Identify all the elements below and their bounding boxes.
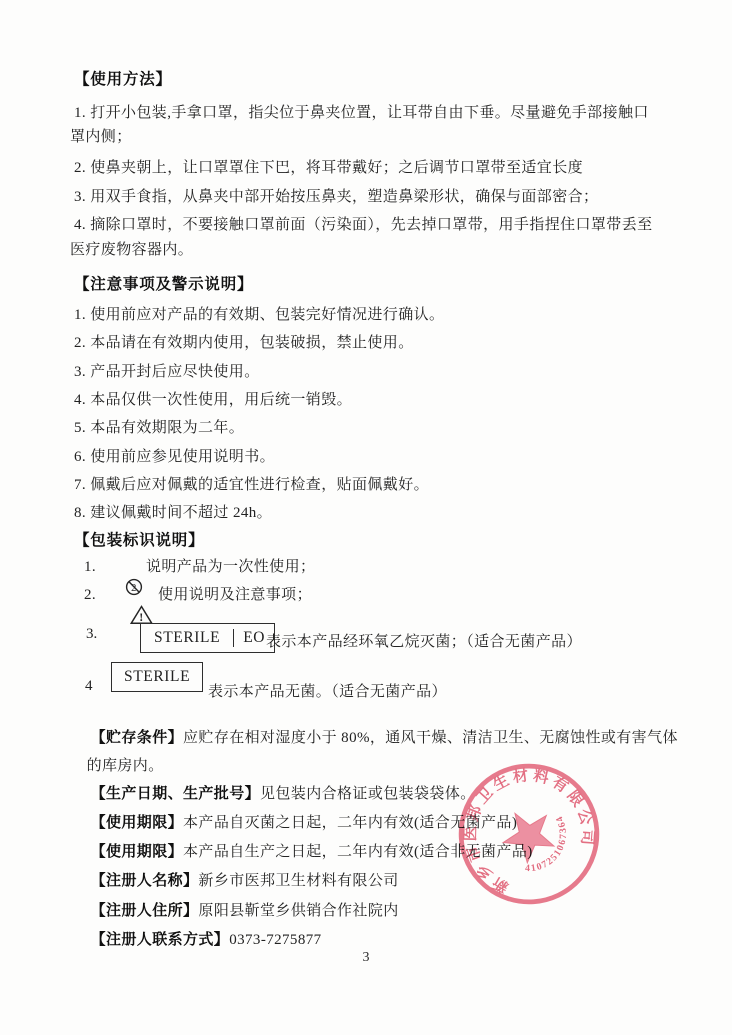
item-text: 使用说明及注意事项； (158, 585, 312, 605)
notice-item-4: 4. 本品仅供一次性使用，用后统一销毁。 (74, 390, 352, 410)
item-number: 4 (85, 678, 93, 695)
notice-item-6: 6. 使用前应参见使用说明书。 (74, 447, 275, 467)
item-number: 1. (84, 557, 96, 577)
usage-line-4: 4. 摘除口罩时，不要接触口罩前面（污染面），先去掉口罩带，用手指捏住口罩带丢至 (74, 215, 653, 235)
item-text: 表示本产品无菌。（适合无菌产品） (208, 680, 447, 701)
usage-line-4-wrap: 医疗废物容器内。 (70, 240, 193, 260)
item-text: 表示本产品经环氧乙烷灭菌；（适合无菌产品） (266, 630, 582, 651)
usage-line-3: 3. 用双手食指，从鼻夹中部开始按压鼻夹，塑造鼻梁形状，确保与面部密合； (74, 187, 598, 207)
notice-item-2: 2. 本品请在有效期内使用，包装破损，禁止使用。 (74, 333, 414, 353)
notice-item-3: 3. 产品开封后应尽快使用。 (74, 362, 260, 382)
section-title-usage: 【使用方法】 (74, 70, 172, 90)
packaging-item-4: 4 STERILE 表示本产品无菌。（适合无菌产品） (74, 658, 674, 700)
notice-item-8: 8. 建议佩戴时间不超过 24h。 (74, 503, 272, 523)
usage-line-2: 2. 使鼻夹朝上，让口罩罩住下巴，将耳带戴好；之后调节口罩带至适宜长度 (74, 158, 583, 178)
notice-item-1: 1. 使用前应对产品的有效期、包装完好情况进行确认。 (74, 305, 444, 325)
packaging-item-3: 3. STERILE EO 表示本产品经环氧乙烷灭菌；（适合无菌产品） (74, 618, 674, 660)
item-number: 3. (86, 626, 97, 643)
section-title-notice: 【注意事项及警示说明】 (74, 275, 253, 295)
document-page: 【使用方法】 1. 打开小包装,手拿口罩，指尖位于鼻夹位置，让耳带自由下垂。尽量… (0, 0, 732, 1035)
field-text: 应贮存在相对湿度小于 80%，通风干燥、清洁卫生、无腐蚀性或有害气体 (183, 730, 678, 746)
storage-conditions-line: 【贮存条件】应贮存在相对湿度小于 80%，通风干燥、清洁卫生、无腐蚀性或有害气体 (74, 708, 678, 768)
usage-line-1-wrap: 罩内侧； (70, 127, 132, 147)
notice-item-5: 5. 本品有效期限为二年。 (74, 418, 244, 438)
field-label: 【注册人联系方式】 (91, 932, 230, 948)
sterile-eo-symbol: STERILE EO (140, 623, 275, 653)
page-number: 3 (0, 950, 732, 966)
sterile-label: STERILE (112, 668, 202, 686)
item-text: 说明产品为一次性使用； (146, 557, 315, 577)
sterile-symbol: STERILE (111, 662, 203, 692)
item-number: 2. (84, 585, 96, 605)
field-text: 0373-7275877 (229, 932, 321, 948)
section-title-packaging: 【包装标识说明】 (74, 531, 204, 551)
usage-line-1: 1. 打开小包装,手拿口罩，指尖位于鼻夹位置，让耳带自由下垂。尽量避免手部接触口 (74, 103, 649, 123)
notice-item-7: 7. 佩戴后应对佩戴的适宜性进行检查，贴面佩戴好。 (74, 475, 429, 495)
sterile-label: STERILE (141, 629, 233, 647)
